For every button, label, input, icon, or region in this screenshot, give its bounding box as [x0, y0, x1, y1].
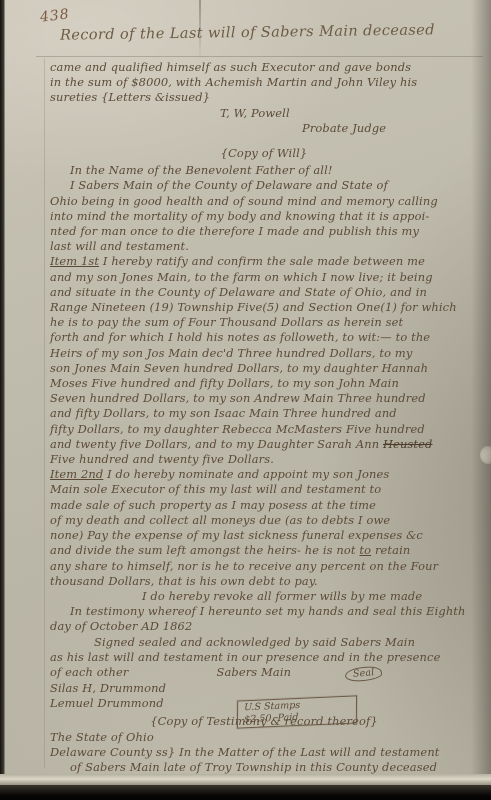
text-segment: nted for man once to die therefore I mad… [50, 224, 419, 238]
text-line: Delaware County ss} In the Matter of the… [50, 745, 478, 760]
text-segment: I do hereby revoke all former wills by m… [142, 589, 422, 603]
text-line: forth and for which I hold his notes as … [50, 330, 478, 345]
text-segment: I do hereby nominate and appoint my son … [103, 467, 389, 481]
document-photo: 438 Record of the Last will of Sabers Ma… [0, 0, 491, 800]
text-line: any share to himself, nor is he to recei… [50, 559, 478, 574]
text-line: and fifty Dollars, to my son Isaac Main … [50, 406, 478, 421]
text-segment: retain [371, 543, 410, 557]
text-line: into mind the mortality of my body and k… [50, 209, 478, 224]
text-segment: came and qualified himself as such Execu… [50, 60, 411, 74]
text-segment: as his last will and testament in our pr… [50, 650, 440, 664]
text-line: of each otherSabers MainSeal [50, 665, 478, 681]
text-segment: fifty Dollars, to my daughter Rebecca Mc… [50, 422, 425, 436]
text-line: I do hereby revoke all former wills by m… [50, 589, 478, 604]
text-segment: Item 2nd [50, 467, 103, 481]
text-segment: any share to himself, nor is he to recei… [50, 559, 438, 573]
text-segment: and my son Jones Main, to the farm on wh… [50, 270, 433, 284]
text-line: I Sabers Main of the County of Delaware … [50, 178, 478, 193]
text-line: day of October AD 1862 [50, 619, 478, 634]
text-segment: Delaware County ss} In the Matter of the… [50, 745, 440, 759]
text-segment: son Jones Main Seven hundred Dollars, to… [50, 361, 428, 375]
photo-bottom-background [0, 785, 491, 800]
text-segment: and situate in the County of Delaware an… [50, 285, 427, 299]
text-line: he is to pay the sum of Four Thousand Do… [50, 315, 478, 330]
text-line: sureties {Letters &issued} [50, 90, 478, 105]
text-line: Five hundred and twenty five Dollars. [50, 452, 478, 467]
text-line: and my son Jones Main, to the farm on wh… [50, 270, 478, 285]
text-segment: In testimony whereof I hereunto set my h… [70, 604, 466, 618]
text-segment: of each other [50, 665, 128, 679]
photo-left-edge [0, 0, 5, 800]
text-line: fifty Dollars, to my daughter Rebecca Mc… [50, 422, 478, 437]
text-line: son Jones Main Seven hundred Dollars, to… [50, 361, 478, 376]
text-segment: {Copy of Will} [221, 146, 308, 160]
text-line: In testimony whereof I hereunto set my h… [50, 604, 478, 619]
text-segment: Signed sealed and acknowledged by said S… [94, 635, 415, 649]
text-segment: in the sum of $8000, with Achemish Marti… [50, 75, 417, 89]
text-segment: of Sabers Main late of Troy Township in … [70, 760, 437, 774]
text-segment: I Sabers Main of the County of Delaware … [70, 178, 388, 192]
text-line: and divide the sum left amongst the heir… [50, 543, 478, 558]
page-number: 438 [39, 6, 70, 26]
text-segment: Sabers Main [216, 665, 291, 679]
text-segment: Moses Five hundred and fifty Dollars, to… [50, 376, 399, 390]
text-line: came and qualified himself as such Execu… [50, 60, 478, 75]
text-line: Seven hundred Dollars, to my son Andrew … [50, 391, 478, 406]
text-segment: day of October AD 1862 [50, 619, 192, 633]
text-segment: he is to pay the sum of Four Thousand Do… [50, 315, 403, 329]
text-line: Probate Judge [50, 121, 478, 136]
will-text: came and qualified himself as such Execu… [50, 60, 478, 775]
text-line: Item 2nd I do hereby nominate and appoin… [50, 467, 478, 482]
text-segment: thousand Dollars, that is his own debt t… [50, 574, 318, 588]
text-line: nted for man once to die therefore I mad… [50, 224, 478, 239]
text-segment: Probate Judge [302, 121, 386, 135]
text-segment: Seven hundred Dollars, to my son Andrew … [50, 391, 426, 405]
text-segment: T, W, Powell [220, 106, 290, 120]
text-line: of my death and collect all moneys due (… [50, 513, 478, 528]
text-line: Silas H, Drummond [50, 681, 478, 696]
text-segment: Lemuel Drummond [50, 696, 164, 710]
text-line: {Copy of Will} [50, 146, 478, 161]
text-segment: Item 1st [50, 254, 99, 268]
text-line: Ohio being in good health and of sound m… [50, 194, 478, 209]
text-line: as his last will and testament in our pr… [50, 650, 478, 665]
text-line: made sale of such property as I may pose… [50, 498, 478, 513]
text-segment: Heusted [383, 437, 433, 451]
text-segment: Silas H, Drummond [50, 681, 166, 695]
text-line: Signed sealed and acknowledged by said S… [50, 635, 478, 650]
text-line: Item 1st I hereby ratify and confirm the… [50, 254, 478, 269]
page-right-shadow [471, 0, 491, 800]
page-bottom-edge [0, 774, 491, 785]
text-segment: last will and testament. [50, 239, 189, 253]
text-segment: forth and for which I hold his notes as … [50, 330, 430, 344]
text-segment: I hereby ratify and confirm the sale mad… [99, 254, 425, 268]
text-line: Range Nineteen (19) Township Five(5) and… [50, 300, 478, 315]
text-segment: In the Name of the Benevolent Father of … [70, 163, 333, 177]
text-segment: Main sole Executor of this my last will … [50, 482, 381, 496]
seal-stamp: Seal [345, 665, 384, 682]
text-segment: into mind the mortality of my body and k… [50, 209, 429, 223]
page-title: Record of the Last will of Sabers Main d… [60, 22, 435, 43]
text-segment: and fifty Dollars, to my son Isaac Main … [50, 406, 397, 420]
text-segment: and twenty five Dollars, and to my Daugh… [50, 437, 383, 451]
margin-line [44, 58, 45, 768]
text-line: In the Name of the Benevolent Father of … [50, 163, 478, 178]
text-segment: of my death and collect all moneys due (… [50, 513, 390, 527]
text-line: in the sum of $8000, with Achemish Marti… [50, 75, 478, 90]
text-segment: none) Pay the expense of my last sicknes… [50, 528, 423, 542]
text-segment: made sale of such property as I may pose… [50, 498, 376, 512]
text-line: The State of Ohio [50, 730, 478, 745]
text-line: and twenty five Dollars, and to my Daugh… [50, 437, 478, 452]
text-line: none) Pay the expense of my last sicknes… [50, 528, 478, 543]
text-line: thousand Dollars, that is his own debt t… [50, 574, 478, 589]
text-segment: sureties {Letters &issued} [50, 90, 210, 104]
text-line: of Sabers Main late of Troy Township in … [50, 760, 478, 775]
text-segment: Ohio being in good health and of sound m… [50, 194, 438, 208]
text-segment: Heirs of my son Jos Main dec'd Three hun… [50, 346, 412, 360]
text-segment: Five hundred and twenty five Dollars. [50, 452, 274, 466]
revenue-stamp-box: U.S Stamps $2.50. Paid [237, 695, 357, 728]
text-segment: to [359, 543, 371, 557]
text-line: Heirs of my son Jos Main dec'd Three hun… [50, 346, 478, 361]
text-line: Main sole Executor of this my last will … [50, 482, 478, 497]
text-segment: and divide the sum left amongst the heir… [50, 543, 359, 557]
text-line: Moses Five hundred and fifty Dollars, to… [50, 376, 478, 391]
text-segment: The State of Ohio [50, 730, 154, 744]
text-line: T, W, Powell [50, 106, 478, 121]
header-rule-line [36, 56, 483, 57]
text-segment: Range Nineteen (19) Township Five(5) and… [50, 300, 457, 314]
text-line: last will and testament. [50, 239, 478, 254]
text-line: and situate in the County of Delaware an… [50, 285, 478, 300]
